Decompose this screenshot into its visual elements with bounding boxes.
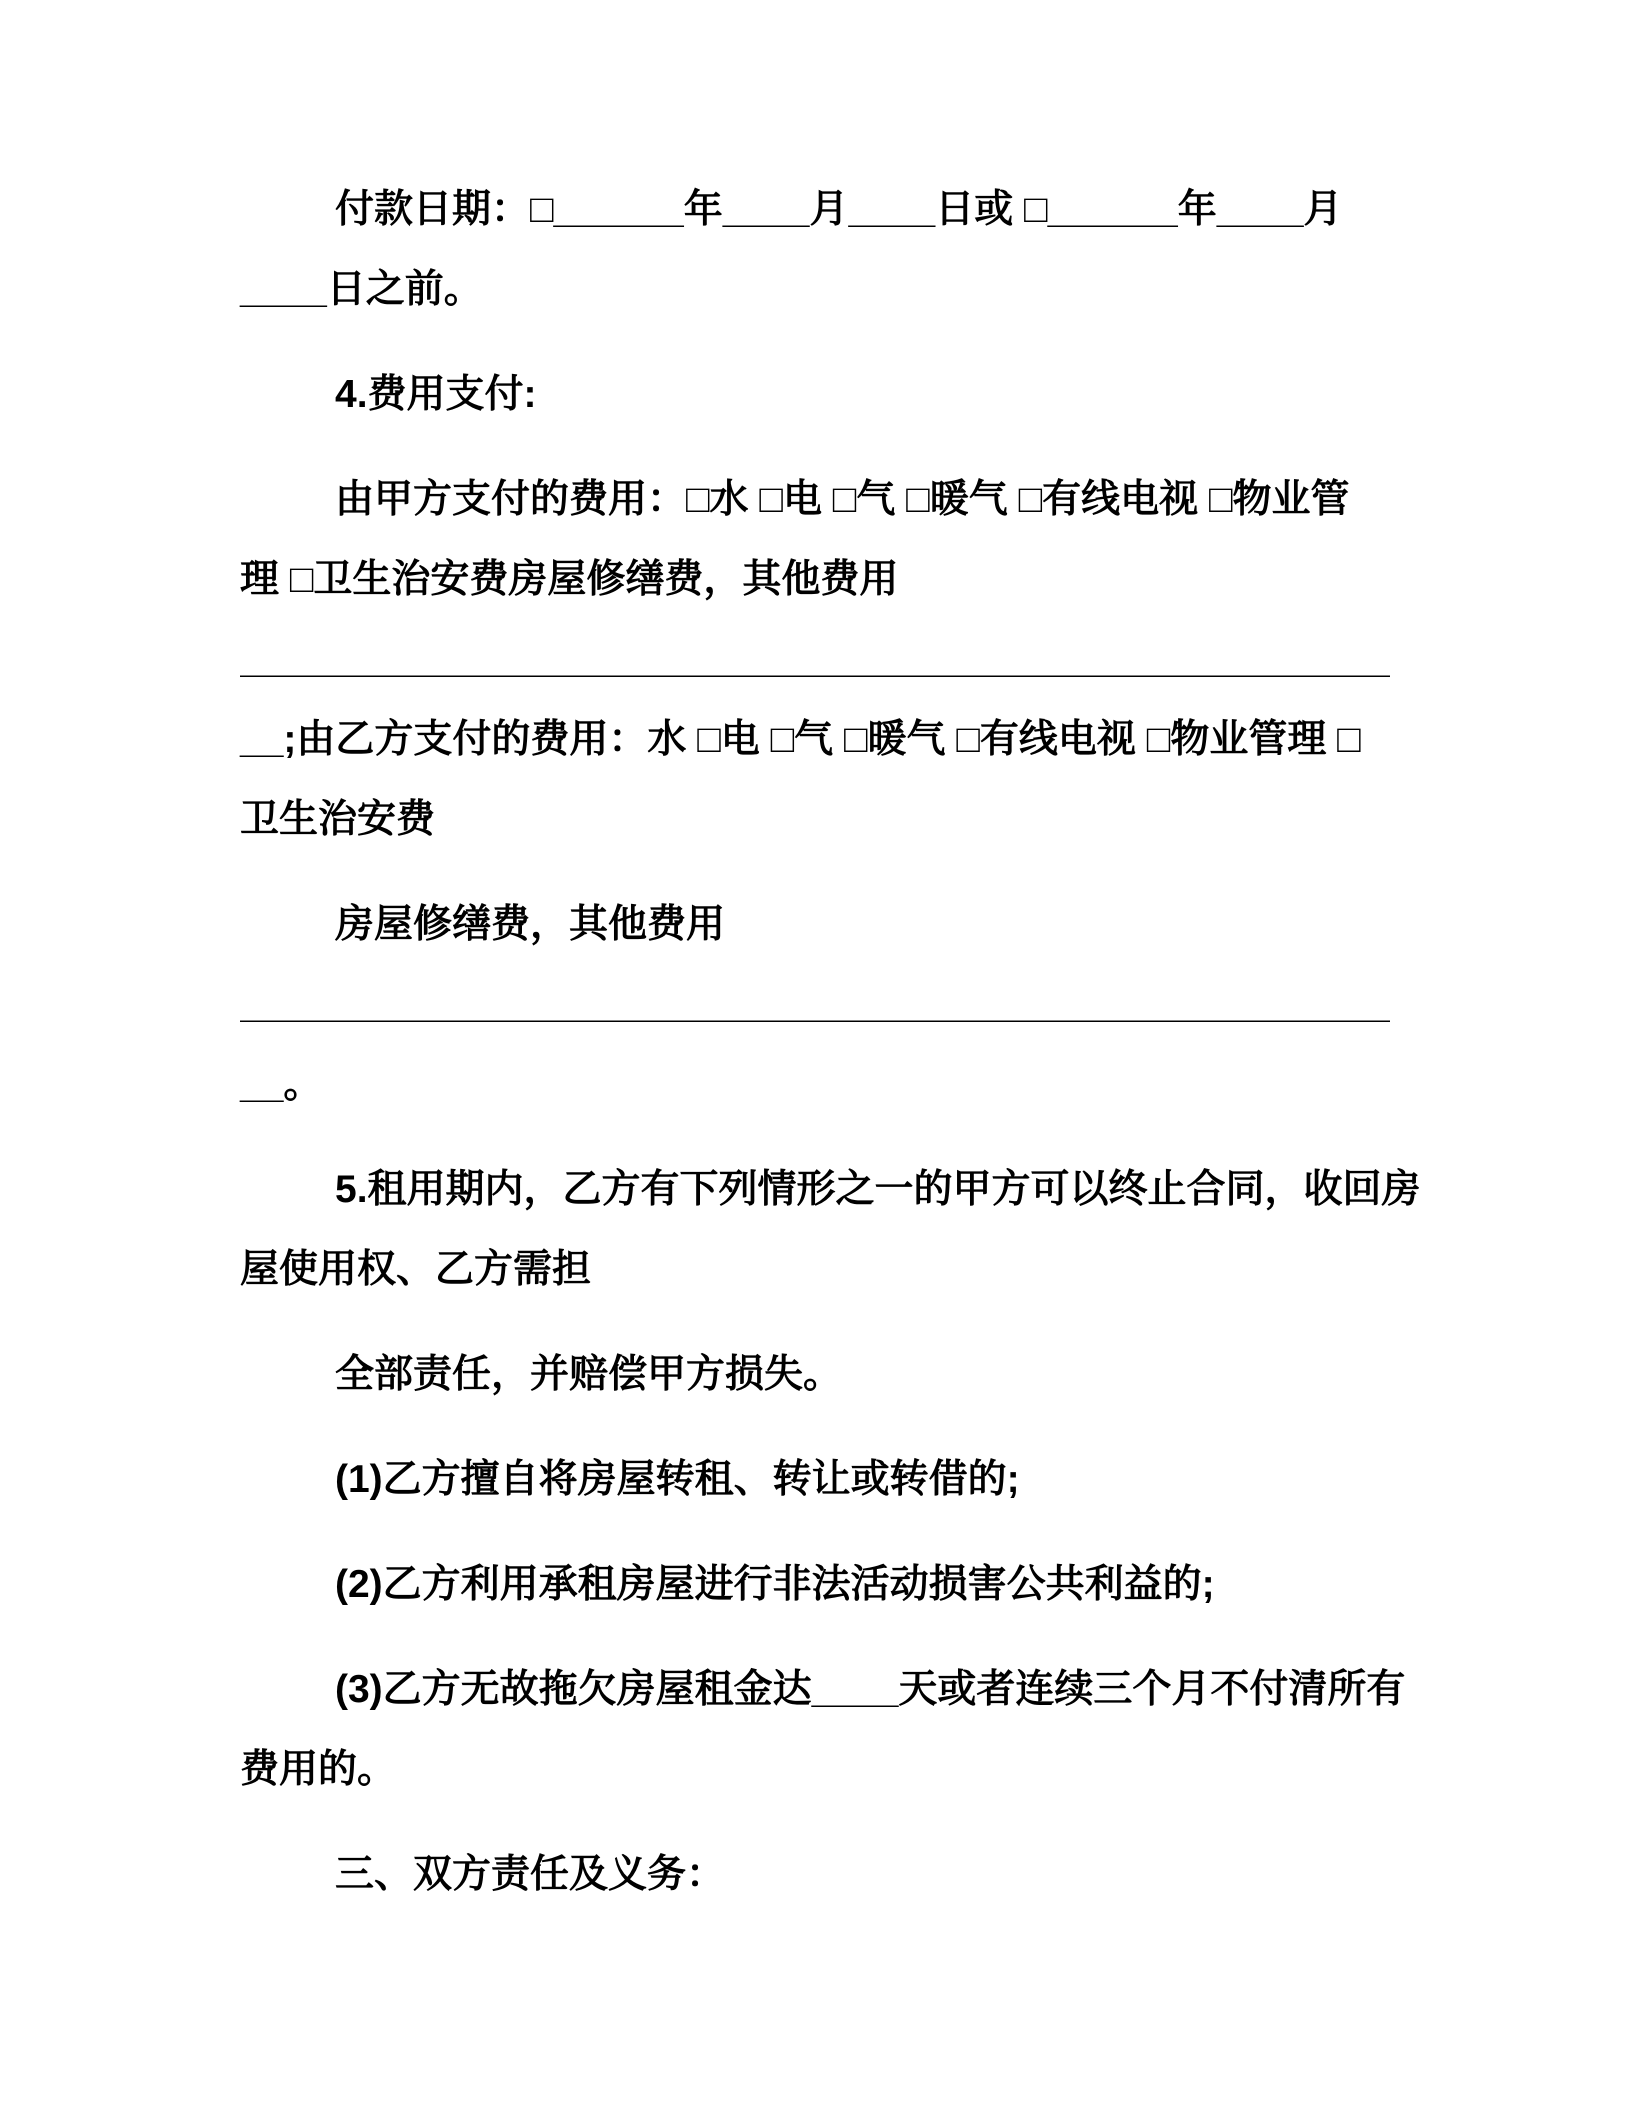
doc-line-fill-in-blank-1: ________________________________________… xyxy=(240,620,1390,700)
paragraph-termination-item-1: (1)乙方擅自将房屋转租、转让或转借的; xyxy=(240,1440,1390,1520)
paragraph-fees-payment-clause: 由甲方支付的费用：□水 □电 □气 □暖气 □有线电视 □物业管 理 □卫生治安… xyxy=(240,460,1390,860)
doc-line-party-b-fees-2: 卫生治安费 xyxy=(240,780,1390,860)
doc-line-termination-item-2: (2)乙方利用承租房屋进行非法活动损害公共利益的; xyxy=(240,1545,1390,1625)
paragraph-party-b-other-fees: 房屋修缮费，其他费用 _____________________________… xyxy=(240,885,1390,1125)
paragraph-section-3-heading: 三、双方责任及义务： xyxy=(240,1835,1390,1915)
doc-line-liability: 全部责任，并赔偿甲方损失。 xyxy=(240,1335,1390,1415)
doc-line-clause-5-2: 屋使用权、乙方需担 xyxy=(240,1230,1390,1310)
doc-line-section-3-heading: 三、双方责任及义务： xyxy=(240,1835,1390,1915)
paragraph-liability: 全部责任，并赔偿甲方损失。 xyxy=(240,1335,1390,1415)
contract-document-page: 付款日期：□______年____月____日或 □______年____月 _… xyxy=(0,0,1632,2112)
doc-line-party-a-fees-2: 理 □卫生治安费房屋修缮费，其他费用 xyxy=(240,540,1390,620)
paragraph-termination-item-2: (2)乙方利用承租房屋进行非法活动损害公共利益的; xyxy=(240,1545,1390,1625)
doc-line-party-a-fees-1: 由甲方支付的费用：□水 □电 □气 □暖气 □有线电视 □物业管 xyxy=(240,460,1390,540)
doc-line-clause-5-1: 5.租用期内，乙方有下列情形之一的甲方可以终止合同，收回房 xyxy=(240,1150,1390,1230)
doc-line-other-fees-1: 房屋修缮费，其他费用 xyxy=(240,885,1390,965)
doc-line-payment-date-1: 付款日期：□______年____月____日或 □______年____月 xyxy=(240,170,1390,250)
paragraph-payment-date-clause: 付款日期：□______年____月____日或 □______年____月 _… xyxy=(240,170,1390,330)
paragraph-termination-item-3: (3)乙方无故拖欠房屋租金达____天或者连续三个月不付清所有 费用的。 xyxy=(240,1650,1390,1810)
doc-line-termination-item-3b: 费用的。 xyxy=(240,1730,1390,1810)
paragraph-clause-4-heading: 4.费用支付: xyxy=(240,355,1390,435)
doc-line-payment-date-2: ____日之前。 xyxy=(240,250,1390,330)
doc-line-other-fees-3: __。 xyxy=(240,1045,1390,1125)
doc-line-termination-item-1: (1)乙方擅自将房屋转租、转让或转借的; xyxy=(240,1440,1390,1520)
doc-line-fill-in-blank-2: ________________________________________… xyxy=(240,965,1390,1045)
paragraph-clause-5-termination: 5.租用期内，乙方有下列情形之一的甲方可以终止合同，收回房 屋使用权、乙方需担 xyxy=(240,1150,1390,1310)
doc-line-party-b-fees-1: __;由乙方支付的费用：水 □电 □气 □暖气 □有线电视 □物业管理 □ xyxy=(240,700,1390,780)
doc-line-termination-item-3a: (3)乙方无故拖欠房屋租金达____天或者连续三个月不付清所有 xyxy=(240,1650,1390,1730)
doc-line-clause-4-heading: 4.费用支付: xyxy=(240,355,1390,435)
